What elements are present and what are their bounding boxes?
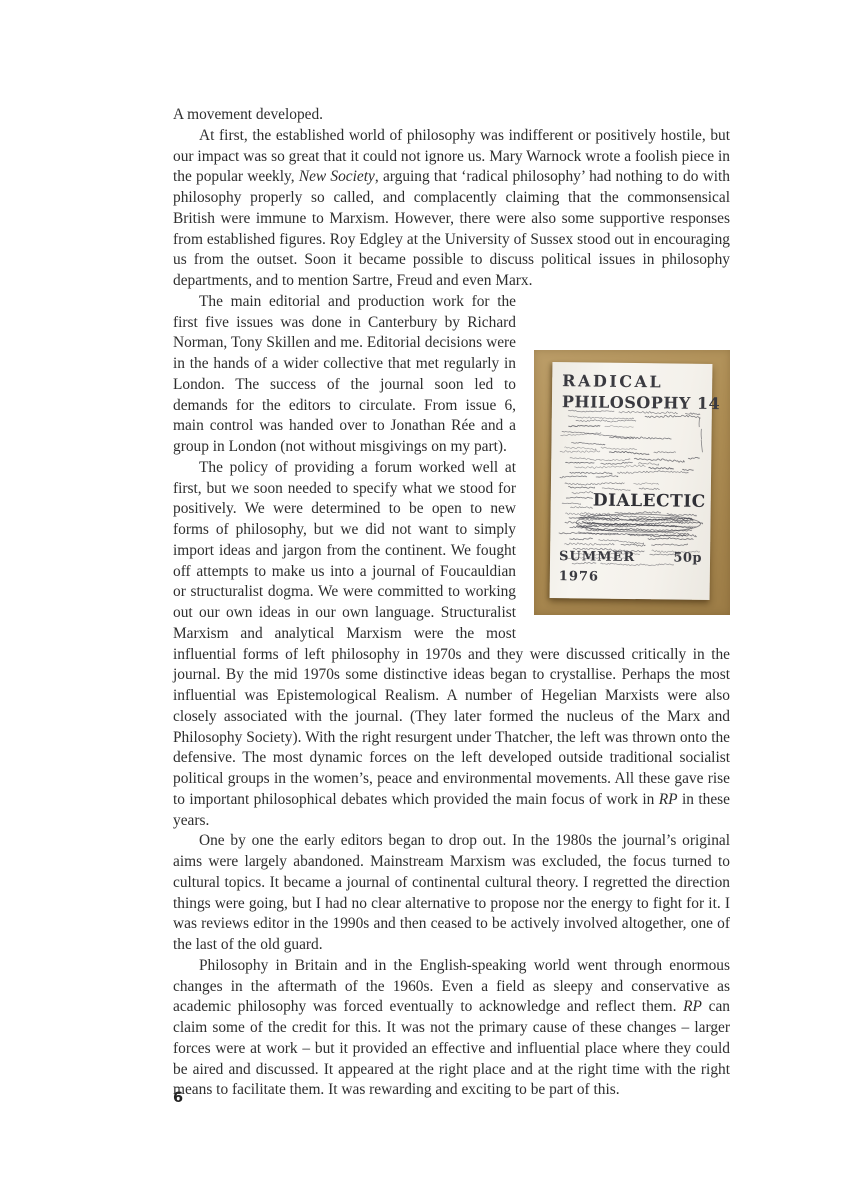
journal-title: RADICAL PHILOSOPHY 14 [562,370,709,414]
journal-cover: RADICAL PHILOSOPHY 14 DIALECTIC SUMMER 1… [550,362,713,600]
text-run: A movement developed. [173,106,323,123]
paragraph: A movement developed. [173,105,730,126]
italic-text: RP [683,998,702,1015]
text-run: The main editorial and production work f… [173,293,516,455]
text-run: One by one the early editors began to dr… [173,832,730,953]
journal-photo: RADICAL PHILOSOPHY 14 DIALECTIC SUMMER 1… [534,350,730,615]
journal-price: 50p [673,548,702,569]
journal-headline: DIALECTIC [593,490,706,512]
journal-issue-date: SUMMER 1976 [559,546,674,589]
paragraph: At first, the established world of philo… [173,126,730,292]
paragraph: RADICAL PHILOSOPHY 14 DIALECTIC SUMMER 1… [173,292,730,458]
page: A movement developed.At first, the estab… [0,0,844,1200]
text-run: , arguing that ‘radical philosophy’ had … [173,168,730,289]
italic-text: New Society [299,168,375,185]
text-run: Philosophy in Britain and in the English… [173,957,730,1016]
italic-text: RP [659,791,678,808]
manuscript-scribbles-image [554,408,708,570]
journal-cover-footer: SUMMER 1976 50p [559,546,702,589]
article: A movement developed.At first, the estab… [173,105,730,1101]
journal-title-line1: RADICAL [562,370,708,393]
page-number: 6 [173,1090,183,1106]
paragraph: Philosophy in Britain and in the English… [173,956,730,1101]
paragraph: One by one the early editors began to dr… [173,831,730,956]
